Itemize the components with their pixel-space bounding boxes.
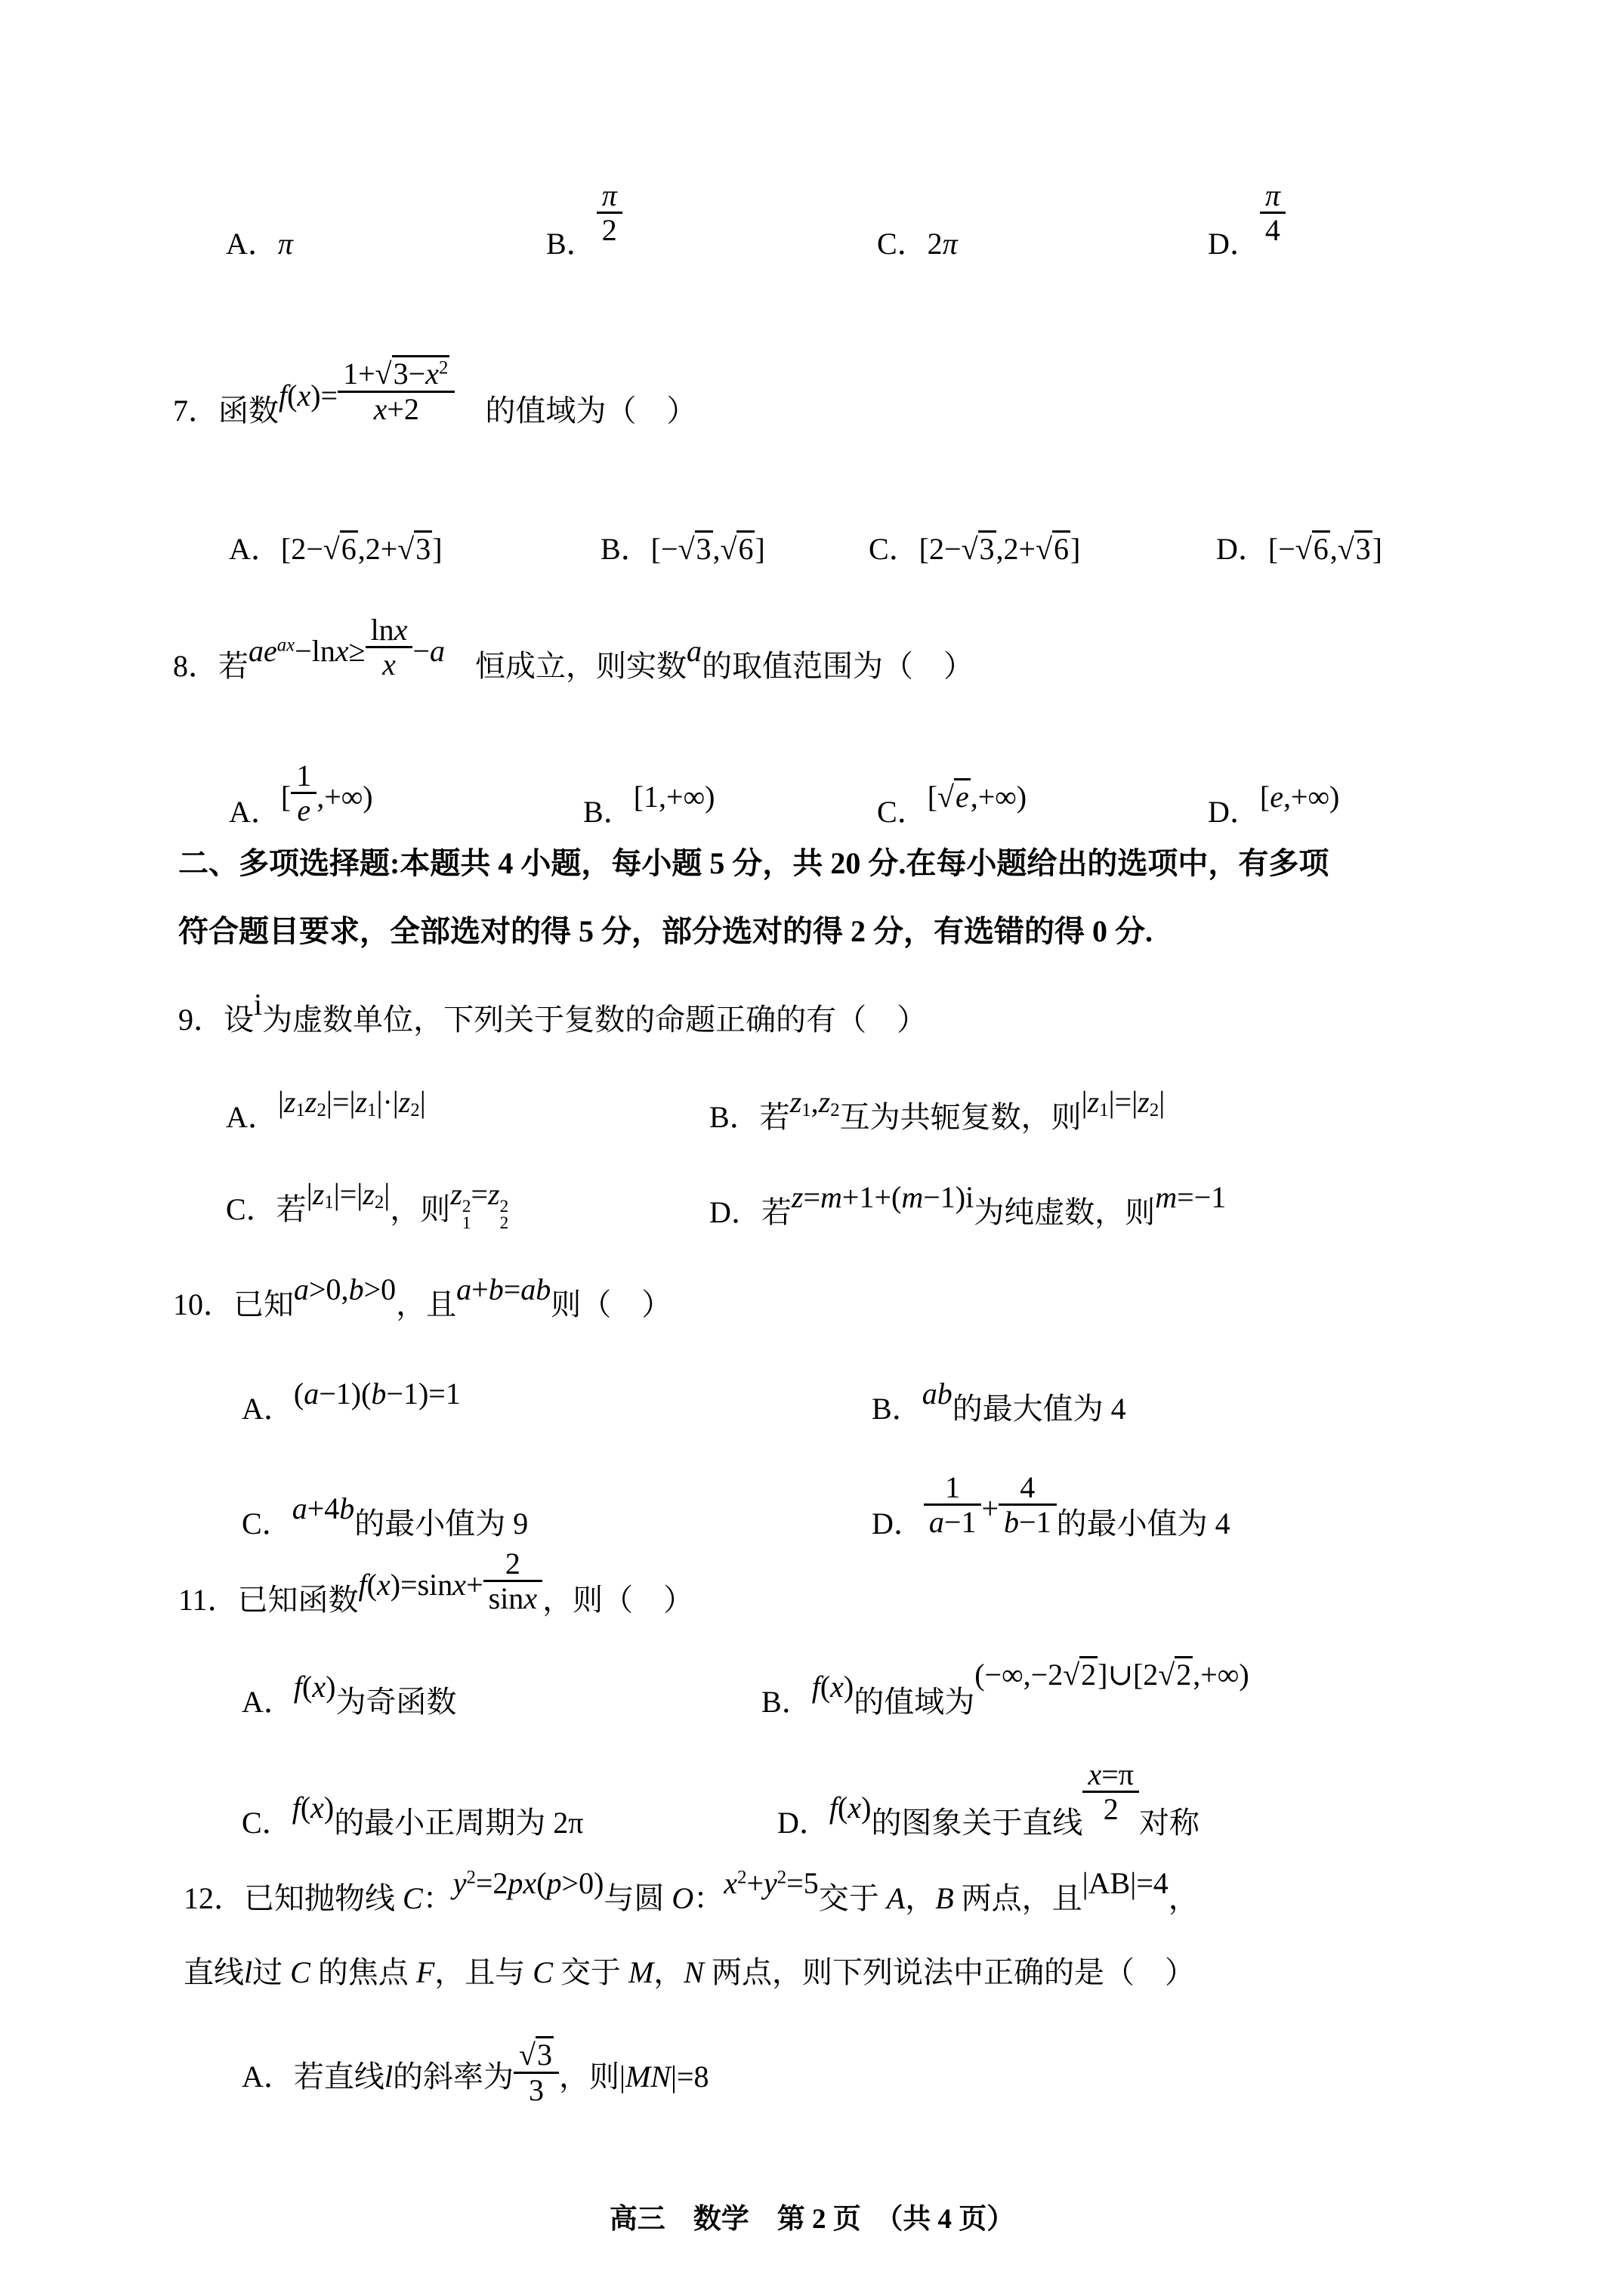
option-8b: B．[1,+∞) — [583, 778, 715, 831]
option-7c: C．[2−√3,2+√6] — [869, 530, 1080, 568]
option-7d: D．[−√6,√3] — [1216, 530, 1382, 568]
section-2-header-line-2: 符合题目要求，全部选对的得 5 分，部分选对的得 2 分，有选错的得 0 分. — [178, 913, 1153, 950]
option-10a: A．(a−1)(b−1)=1 — [242, 1375, 461, 1428]
option-10b: B．ab的最大值为 4 — [872, 1375, 1126, 1428]
question-9-options-row-1: A．|z1z2|=|z1|·|z2| B．若z1,z2互为共轭复数，则|z1|=… — [0, 1097, 1624, 1136]
question-11-options-row-2: C．f(x)的最小正周期为 2π D．f(x)的图象关于直线x=π2对称 — [0, 1803, 1624, 1842]
option-6b: B．π2 — [546, 179, 622, 263]
option-9a: A．|z1z2|=|z1|·|z2| — [226, 1083, 426, 1136]
option-11d: D．f(x)的图象关于直线x=π2对称 — [777, 1758, 1199, 1842]
question-12-stem-line-1: 12．已知抛物线 C：y2=2px(p>0)与圆 O：x2+y2=5交于 A，B… — [184, 1865, 1199, 1918]
option-11c: C．f(x)的最小正周期为 2π — [242, 1789, 583, 1842]
option-9d: D．若z=m+1+(m−1)i为纯虚数，则m=−1 — [709, 1179, 1226, 1231]
option-7b: B．[−√3,√6] — [601, 530, 765, 568]
option-11b: B．f(x)的值域为(−∞,−2√2]∪[2√2,+∞) — [761, 1656, 1249, 1721]
option-8d: D．[e,+∞) — [1208, 778, 1339, 831]
question-11-stem: 11．已知函数f(x)=sinx+2sinx，则（ ） — [178, 1547, 693, 1619]
option-10c: C．a+4b的最小值为 9 — [242, 1490, 528, 1543]
option-12a: A．若直线l的斜率为√33，则|MN|=8 — [242, 2036, 709, 2106]
option-8a: A．[1e,+∞) — [229, 759, 373, 831]
option-9c: C．若|z1|=|z2|，则z21=z22 — [226, 1176, 508, 1232]
option-6d: D．π4 — [1208, 179, 1286, 263]
option-11a: A．f(x)为奇函数 — [242, 1668, 456, 1721]
question-12-stem-line-2: 直线l过 C 的焦点 F，且与 C 交于 M，N 两点，则下列说法中正确的是（ … — [184, 1954, 1195, 1992]
question-9-options-row-2: C．若|z1|=|z2|，则z21=z22 D．若z=m+1+(m−1)i为纯虚… — [0, 1192, 1624, 1231]
question-11-options-row-1: A．f(x)为奇函数 B．f(x)的值域为(−∞,−2√2]∪[2√2,+∞) — [0, 1682, 1624, 1721]
question-10-options-row-2: C．a+4b的最小值为 9 D．1a−1+4b−1的最小值为 4 — [0, 1503, 1624, 1543]
question-8-options-row: A．[1e,+∞) B．[1,+∞) C．[√e,+∞) D．[e,+∞) — [0, 792, 1624, 831]
option-6a: A．π — [226, 225, 293, 263]
option-8c: C．[√e,+∞) — [877, 778, 1027, 831]
question-8-stem: 8．若aeax−lnx≥lnxx−a 恒成立，则实数a的取值范围为（ ） — [173, 613, 974, 685]
question-10-stem: 10．已知a>0,b>0，且a+b=ab则（ ） — [173, 1271, 672, 1324]
exam-page: A．π B．π2 C．2π D．π4 7．函数f(x)=1+√3−x2x+2 的… — [0, 0, 1624, 2293]
page-footer: 高三 数学 第 2 页 （共 4 页） — [0, 2196, 1624, 2236]
question-6-options-row: A．π B．π2 C．2π D．π4 — [0, 224, 1624, 263]
option-6c: C．2π — [877, 225, 958, 263]
section-2-header-line-1: 二、多项选择题:本题共 4 小题，每小题 5 分，共 20 分.在每小题给出的选… — [178, 845, 1329, 882]
question-10-options-row-1: A．(a−1)(b−1)=1 B．ab的最大值为 4 — [0, 1389, 1624, 1428]
option-7a: A．[2−√6,2+√3] — [229, 530, 443, 568]
question-12-options-row: A．若直线l的斜率为√33，则|MN|=8 — [0, 2067, 1624, 2106]
question-9-stem: 9．设i为虚数单位，下列关于复数的命题正确的有（ ） — [178, 986, 927, 1039]
question-7-stem: 7．函数f(x)=1+√3−x2x+2 的值域为（ ） — [173, 355, 696, 430]
option-10d: D．1a−1+4b−1的最小值为 4 — [872, 1471, 1230, 1543]
question-7-options-row: A．[2−√6,2+√3] B．[−√3,√6] C．[2−√3,2+√6] D… — [0, 529, 1624, 568]
option-9b: B．若z1,z2互为共轭复数，则|z1|=|z2| — [709, 1083, 1165, 1136]
